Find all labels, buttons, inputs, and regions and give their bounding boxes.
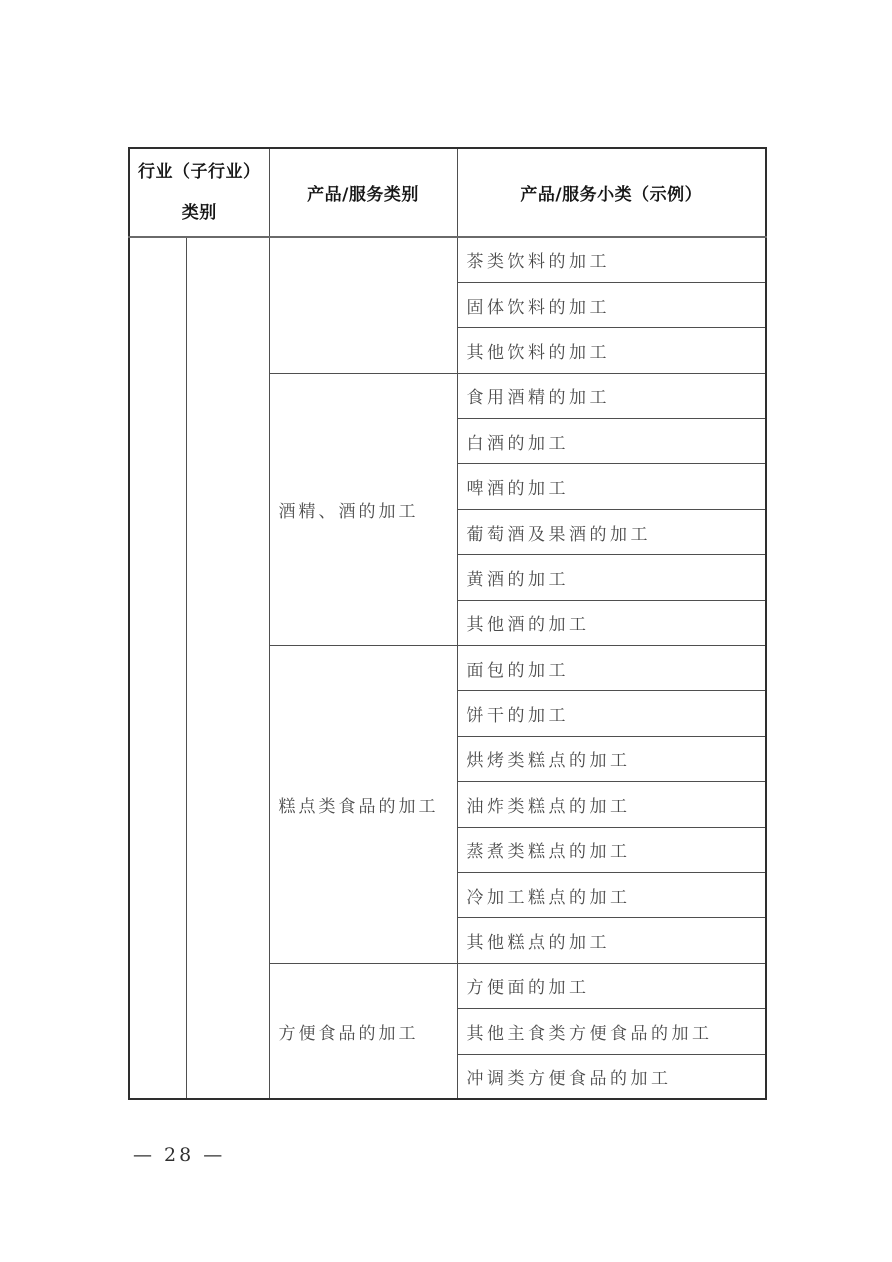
document-page: 行业（子行业） 类别 产品/服务类别 产品/服务小类（示例） 茶类饮料的加工 固… (0, 0, 892, 1262)
subcategory-cell: 油炸类糕点的加工 (457, 782, 766, 827)
header-product-subcategory: 产品/服务小类（示例） (457, 148, 766, 237)
subcategory-cell: 其他主食类方便食品的加工 (457, 1009, 766, 1054)
subcategory-cell: 饼干的加工 (457, 691, 766, 736)
subcategory-cell: 食用酒精的加工 (457, 373, 766, 418)
category-cell-alcohol: 酒精、酒的加工 (269, 373, 457, 645)
industry-product-service-table: 行业（子行业） 类别 产品/服务类别 产品/服务小类（示例） 茶类饮料的加工 固… (128, 147, 767, 1100)
subcategory-cell: 葡萄酒及果酒的加工 (457, 509, 766, 554)
page-number: — 28 — (133, 1144, 225, 1166)
subcategory-cell: 茶类饮料的加工 (457, 237, 766, 282)
subcategory-cell: 其他饮料的加工 (457, 328, 766, 373)
table-row: 茶类饮料的加工 (129, 237, 766, 282)
subindustry-cell-empty (186, 237, 269, 1099)
subcategory-cell: 其他酒的加工 (457, 600, 766, 645)
subcategory-cell: 冷加工糕点的加工 (457, 872, 766, 917)
subcategory-cell: 其他糕点的加工 (457, 918, 766, 963)
subcategory-cell: 烘烤类糕点的加工 (457, 736, 766, 781)
table-header-row: 行业（子行业） 类别 产品/服务类别 产品/服务小类（示例） (129, 148, 766, 237)
header-industry-line2: 类别 (130, 193, 269, 234)
category-cell-beverage (269, 237, 457, 373)
industry-cell-empty (129, 237, 186, 1099)
category-cell-pastry: 糕点类食品的加工 (269, 646, 457, 964)
header-product-category: 产品/服务类别 (269, 148, 457, 237)
subcategory-cell: 冲调类方便食品的加工 (457, 1054, 766, 1099)
subcategory-cell: 固体饮料的加工 (457, 282, 766, 327)
header-industry-line1: 行业（子行业） (130, 152, 269, 193)
subcategory-cell: 白酒的加工 (457, 419, 766, 464)
header-industry-category: 行业（子行业） 类别 (129, 148, 269, 237)
subcategory-cell: 方便面的加工 (457, 963, 766, 1008)
subcategory-cell: 蒸煮类糕点的加工 (457, 827, 766, 872)
subcategory-cell: 面包的加工 (457, 646, 766, 691)
subcategory-cell: 啤酒的加工 (457, 464, 766, 509)
category-cell-instant-food: 方便食品的加工 (269, 963, 457, 1099)
subcategory-cell: 黄酒的加工 (457, 555, 766, 600)
